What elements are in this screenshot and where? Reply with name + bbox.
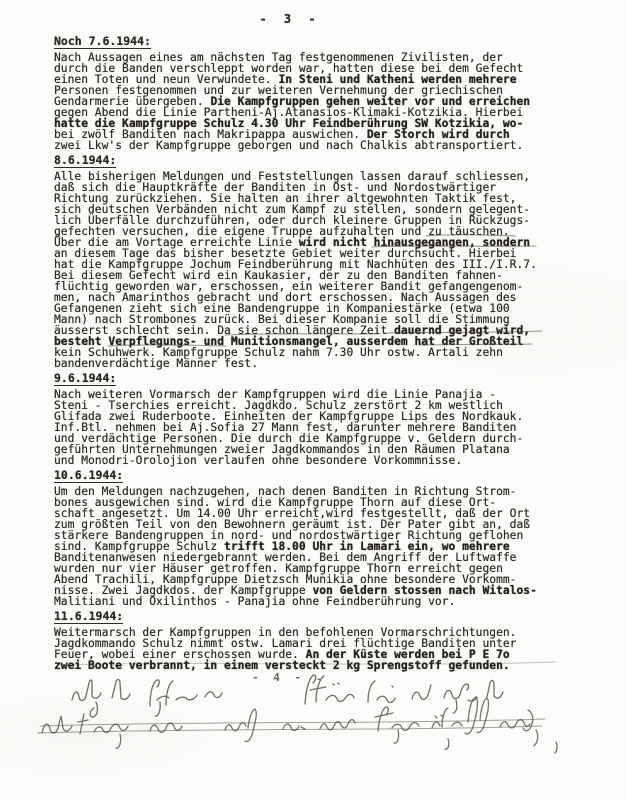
- entries: Noch 7.6.1944:Nach Aussagen eines am näc…: [54, 36, 614, 671]
- entry-paragraph: Um den Meldungen nachzugehen, nach denen…: [54, 486, 614, 607]
- document-page: - 3 - Noch 7.6.1944:Nach Aussagen eines …: [0, 0, 627, 800]
- entry-heading: Noch 7.6.1944:: [54, 36, 151, 49]
- handwriting-strike-lines: [38, 719, 545, 733]
- entry-heading: 8.6.1944:: [54, 155, 116, 168]
- entry-paragraph: Weitermarsch der Kampfgruppen in den bef…: [54, 627, 614, 671]
- text-line: zwei Lkw's der Kampfgruppe geborgen und …: [54, 140, 614, 151]
- bleed-through-page-number: - 4 -: [252, 671, 305, 684]
- text-line: Malitiani und Oxilinthos - Panajia ohne …: [54, 596, 614, 607]
- text-line: und Monodri-Orolojion verlaufen ohne bes…: [54, 455, 614, 466]
- page-number: - 3 -: [0, 12, 580, 26]
- text-line: zwei Boote verbrannt, in einem versteckt…: [54, 660, 614, 671]
- entry-heading: 11.6.1944:: [54, 611, 123, 624]
- entry-heading: 10.6.1944:: [54, 470, 123, 483]
- entry-heading: 9.6.1944:: [54, 373, 116, 386]
- entry-paragraph: Nach weiteren Vormarsch der Kampfgruppen…: [54, 389, 614, 466]
- entry-paragraph: Alle bisherigen Meldungen und Feststellu…: [54, 171, 614, 369]
- handwritten-annotation-row2: [42, 697, 557, 753]
- entry-paragraph: Nach Aussagen eines am nächsten Tag fest…: [54, 52, 614, 151]
- text-line: bandenverdächtige Männer fest.: [54, 358, 614, 369]
